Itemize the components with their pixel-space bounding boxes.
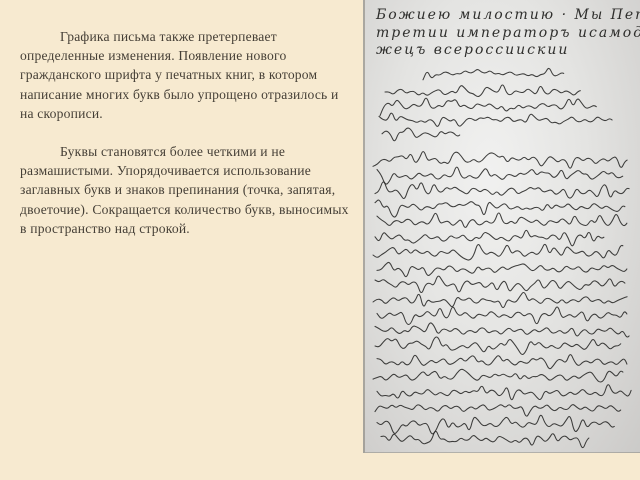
presentation-slide: Графика письма также претерпевает опреде… bbox=[0, 0, 640, 480]
manuscript-title-line-2: третии императоръ исамодер bbox=[376, 25, 640, 41]
handwriting-line bbox=[381, 431, 589, 447]
handwriting-line bbox=[375, 276, 625, 292]
slide-paragraph-1: Графика письма также претерпевает опреде… bbox=[20, 27, 353, 123]
handwriting-line bbox=[377, 167, 623, 184]
handwriting-line bbox=[380, 98, 596, 115]
handwriting-line bbox=[377, 355, 627, 369]
handwriting-line bbox=[377, 415, 614, 433]
handwriting-line bbox=[375, 337, 621, 354]
handwriting-line bbox=[373, 369, 623, 382]
handwriting-line bbox=[377, 213, 627, 227]
manuscript-scan: Божиею милостию · Мы Петръ третии импера… bbox=[363, 0, 640, 453]
handwriting-line bbox=[373, 152, 627, 168]
handwriting-line bbox=[375, 230, 604, 245]
manuscript-title-line-1: Божиею милостию · Мы Петръ bbox=[375, 7, 640, 23]
handwriting-line bbox=[373, 244, 623, 260]
handwriting-line bbox=[423, 68, 564, 79]
slide-text-block: Графика письма также претерпевает опреде… bbox=[20, 27, 353, 238]
handwriting-line bbox=[375, 182, 629, 199]
manuscript-title-line-3: жецъ всероссиискии bbox=[376, 42, 569, 58]
handwriting-line bbox=[375, 405, 621, 416]
handwriting-line bbox=[375, 323, 629, 337]
manuscript-handwriting: Божиею милостию · Мы Петръ третии импера… bbox=[365, 0, 640, 453]
handwriting-lines bbox=[373, 68, 631, 447]
handwriting-line bbox=[382, 128, 460, 141]
handwriting-line bbox=[377, 307, 627, 324]
handwriting-line bbox=[373, 293, 627, 308]
handwriting-line bbox=[377, 262, 627, 276]
handwriting-line bbox=[385, 85, 580, 96]
slide-paragraph-2: Буквы становятся более четкими и не разм… bbox=[20, 142, 353, 238]
handwriting-line bbox=[377, 385, 631, 400]
handwriting-line bbox=[379, 113, 612, 126]
